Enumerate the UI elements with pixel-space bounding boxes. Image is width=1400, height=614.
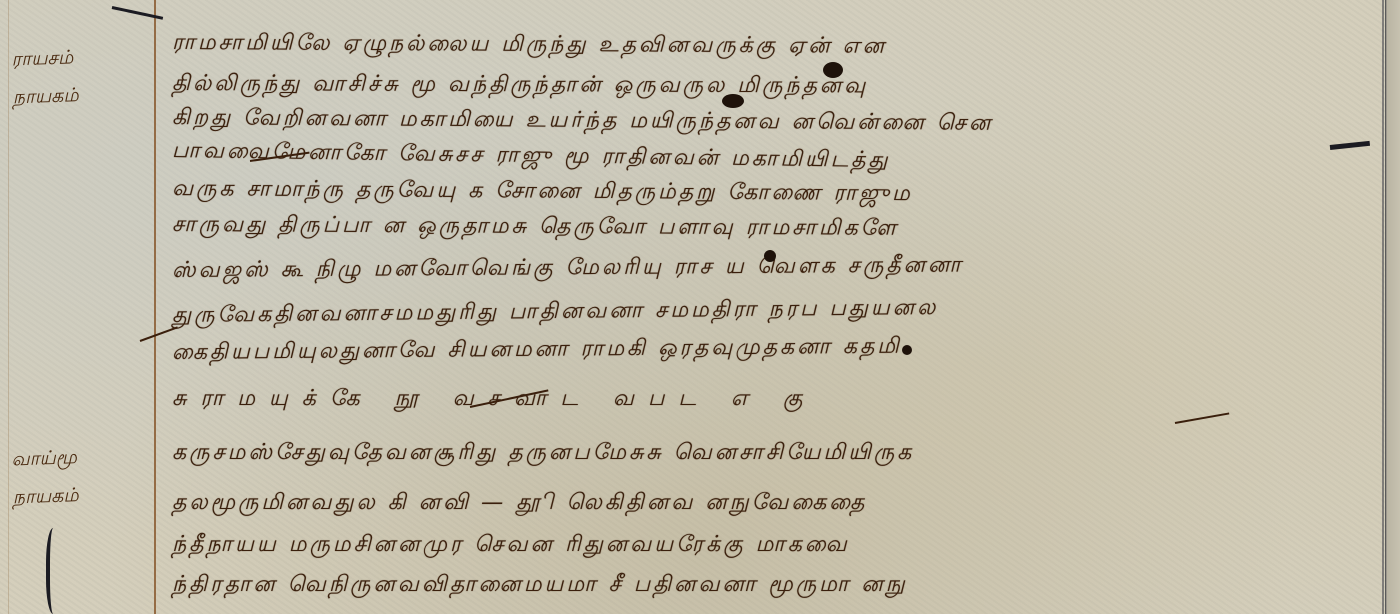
margin-note-1: ராயசம் நாயகம் (11, 36, 154, 117)
manuscript-line-8: துருவேகதினவனாசமமதுரிது பாதினவனா சமமதிரா … (172, 295, 939, 331)
page-fold-line (1382, 0, 1384, 614)
manuscript-line-11: கருசமஸ்சேதுவுதேவனசூரிது தருனபமேசுசு வெனச… (172, 440, 914, 468)
margin-note-1-line-2: நாயகம் (12, 74, 153, 117)
manuscript-line-6: சாருவது திருப்பா ன ஒருதாமசு தெருவோ பளாவு… (172, 212, 899, 244)
manuscript-line-13: ந்தீநாயய மருமசினனமுர செவன ரிதுனவயரேக்கு … (172, 532, 850, 560)
manuscript-line-3: கிறது வேறினவனா மகாமியை உயர்ந்த மயிருந்தன… (172, 105, 994, 139)
adjacent-page-strip (1385, 0, 1400, 614)
ink-blot (722, 94, 744, 108)
manuscript-line-9: கைதியபமியுலதுனாவே சியனமனா ராமகி ஒரதவுமுத… (172, 334, 902, 368)
manuscript-line-2: தில்லிருந்து வாசிச்சு மூ வந்திருந்தான் ஒ… (172, 71, 868, 101)
ink-blot (902, 345, 912, 355)
ink-smudge (1330, 141, 1370, 150)
manuscript-line-5: வருக சாமாந்ரு தருவேயு க சோனை மிதரும்தறு … (172, 176, 913, 209)
margin-note-2-line-2: நாயகம் (12, 474, 153, 517)
manuscript-line-1: ராமசாமியிலே ஏழுநல்லைய மிருந்து உதவினவருக… (172, 30, 887, 62)
margin-note-2: வாய்மூ நாயகம் (11, 436, 154, 517)
manuscript-line-12: தலமூருமினவதுல கி னவி — தூி லெகிதினவ னநுவ… (172, 490, 867, 518)
manuscript-line-14: ந்திரதான வெநிருனவவிதானைமயமா சீ பதினவனா ம… (172, 572, 908, 600)
manuscript-line-7: ஸ்வஜஸ் கூ நிழு மனவோவெங்கு மேலரியு ராச ய … (172, 252, 964, 286)
margin-note-1-line-1: ராயசம் (11, 36, 152, 79)
ink-squiggle (46, 528, 64, 614)
left-edge-rule (8, 0, 9, 614)
ink-stroke (1175, 412, 1230, 424)
manuscript-page: ராயசம் நாயகம் வாய்மூ நாயகம் ராமசாமியிலே … (0, 0, 1400, 614)
margin-rule-line (154, 0, 156, 614)
margin-note-2-line-1: வாய்மூ (11, 436, 152, 479)
ink-blot (823, 62, 843, 78)
ink-blot (764, 250, 776, 262)
